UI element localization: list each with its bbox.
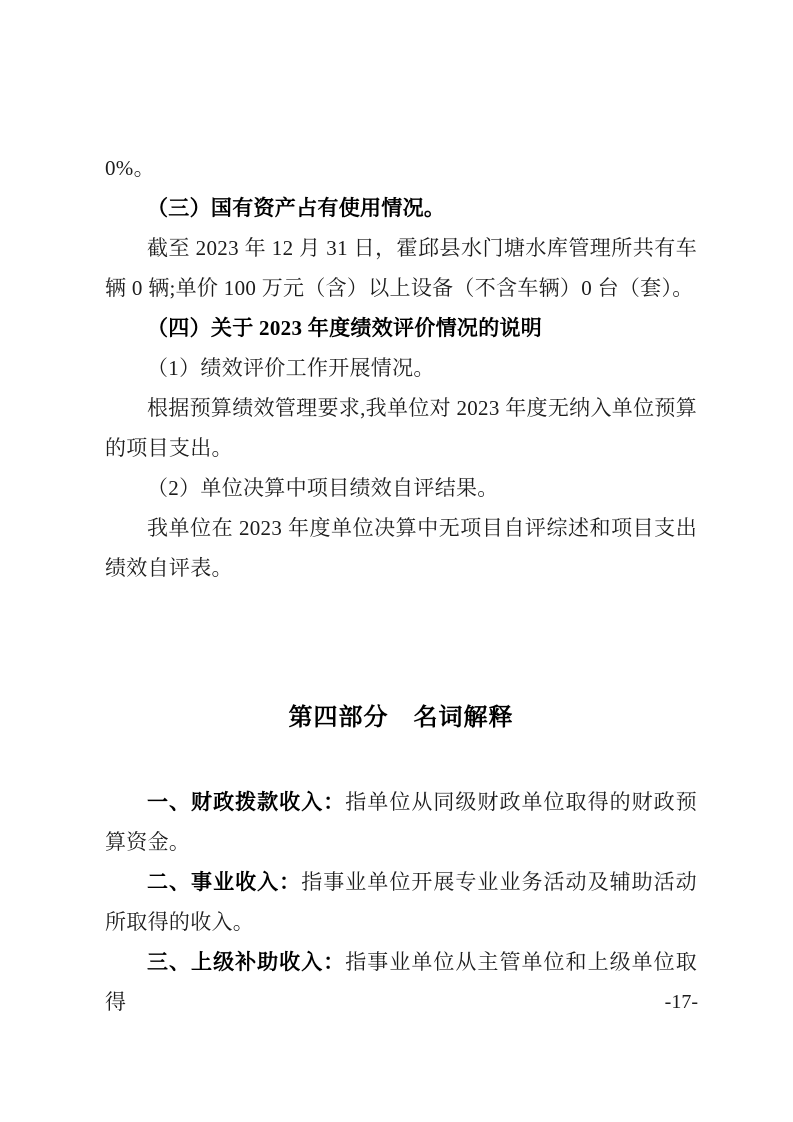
term-label: 二、事业收入： (147, 870, 301, 894)
performance-item2-paragraph: 我单位在 2023 年度单位决算中无项目自评综述和项目支出绩效自评表。 (105, 508, 697, 588)
term-fiscal-appropriation-income: 一、财政拨款收入：指单位从同级财政单位取得的财政预算资金。 (105, 782, 697, 862)
part4-title: 第四部分 名词解释 (105, 696, 697, 740)
carryover-line: 0%。 (105, 148, 697, 188)
asset-usage-paragraph: 截至 2023 年 12 月 31 日，霍邱县水门塘水库管理所共有车辆 0 辆;… (105, 228, 697, 308)
page-content: 0%。 （三）国有资产占有使用情况。 截至 2023 年 12 月 31 日，霍… (105, 148, 697, 1022)
performance-item1-paragraph: 根据预算绩效管理要求,我单位对 2023 年度无纳入单位预算的项目支出。 (105, 388, 697, 468)
page-number: -17- (665, 991, 698, 1013)
performance-item2-heading: （2）单位决算中项目绩效自评结果。 (105, 468, 697, 508)
term-operating-income: 二、事业收入：指事业单位开展专业业务活动及辅助活动所取得的收入。 (105, 862, 697, 942)
section-heading-state-assets: （三）国有资产占有使用情况。 (105, 188, 697, 228)
section-heading-performance-evaluation: （四）关于 2023 年度绩效评价情况的说明 (105, 308, 697, 348)
term-label: 三、上级补助收入： (147, 950, 345, 974)
document-page: 0%。 （三）国有资产占有使用情况。 截至 2023 年 12 月 31 日，霍… (0, 0, 793, 1122)
performance-item1-heading: （1）绩效评价工作开展情况。 (105, 348, 697, 388)
term-label: 一、财政拨款收入： (147, 790, 345, 814)
term-superior-subsidy-income: 三、上级补助收入：指事业单位从主管单位和上级单位取得 (105, 942, 697, 1022)
